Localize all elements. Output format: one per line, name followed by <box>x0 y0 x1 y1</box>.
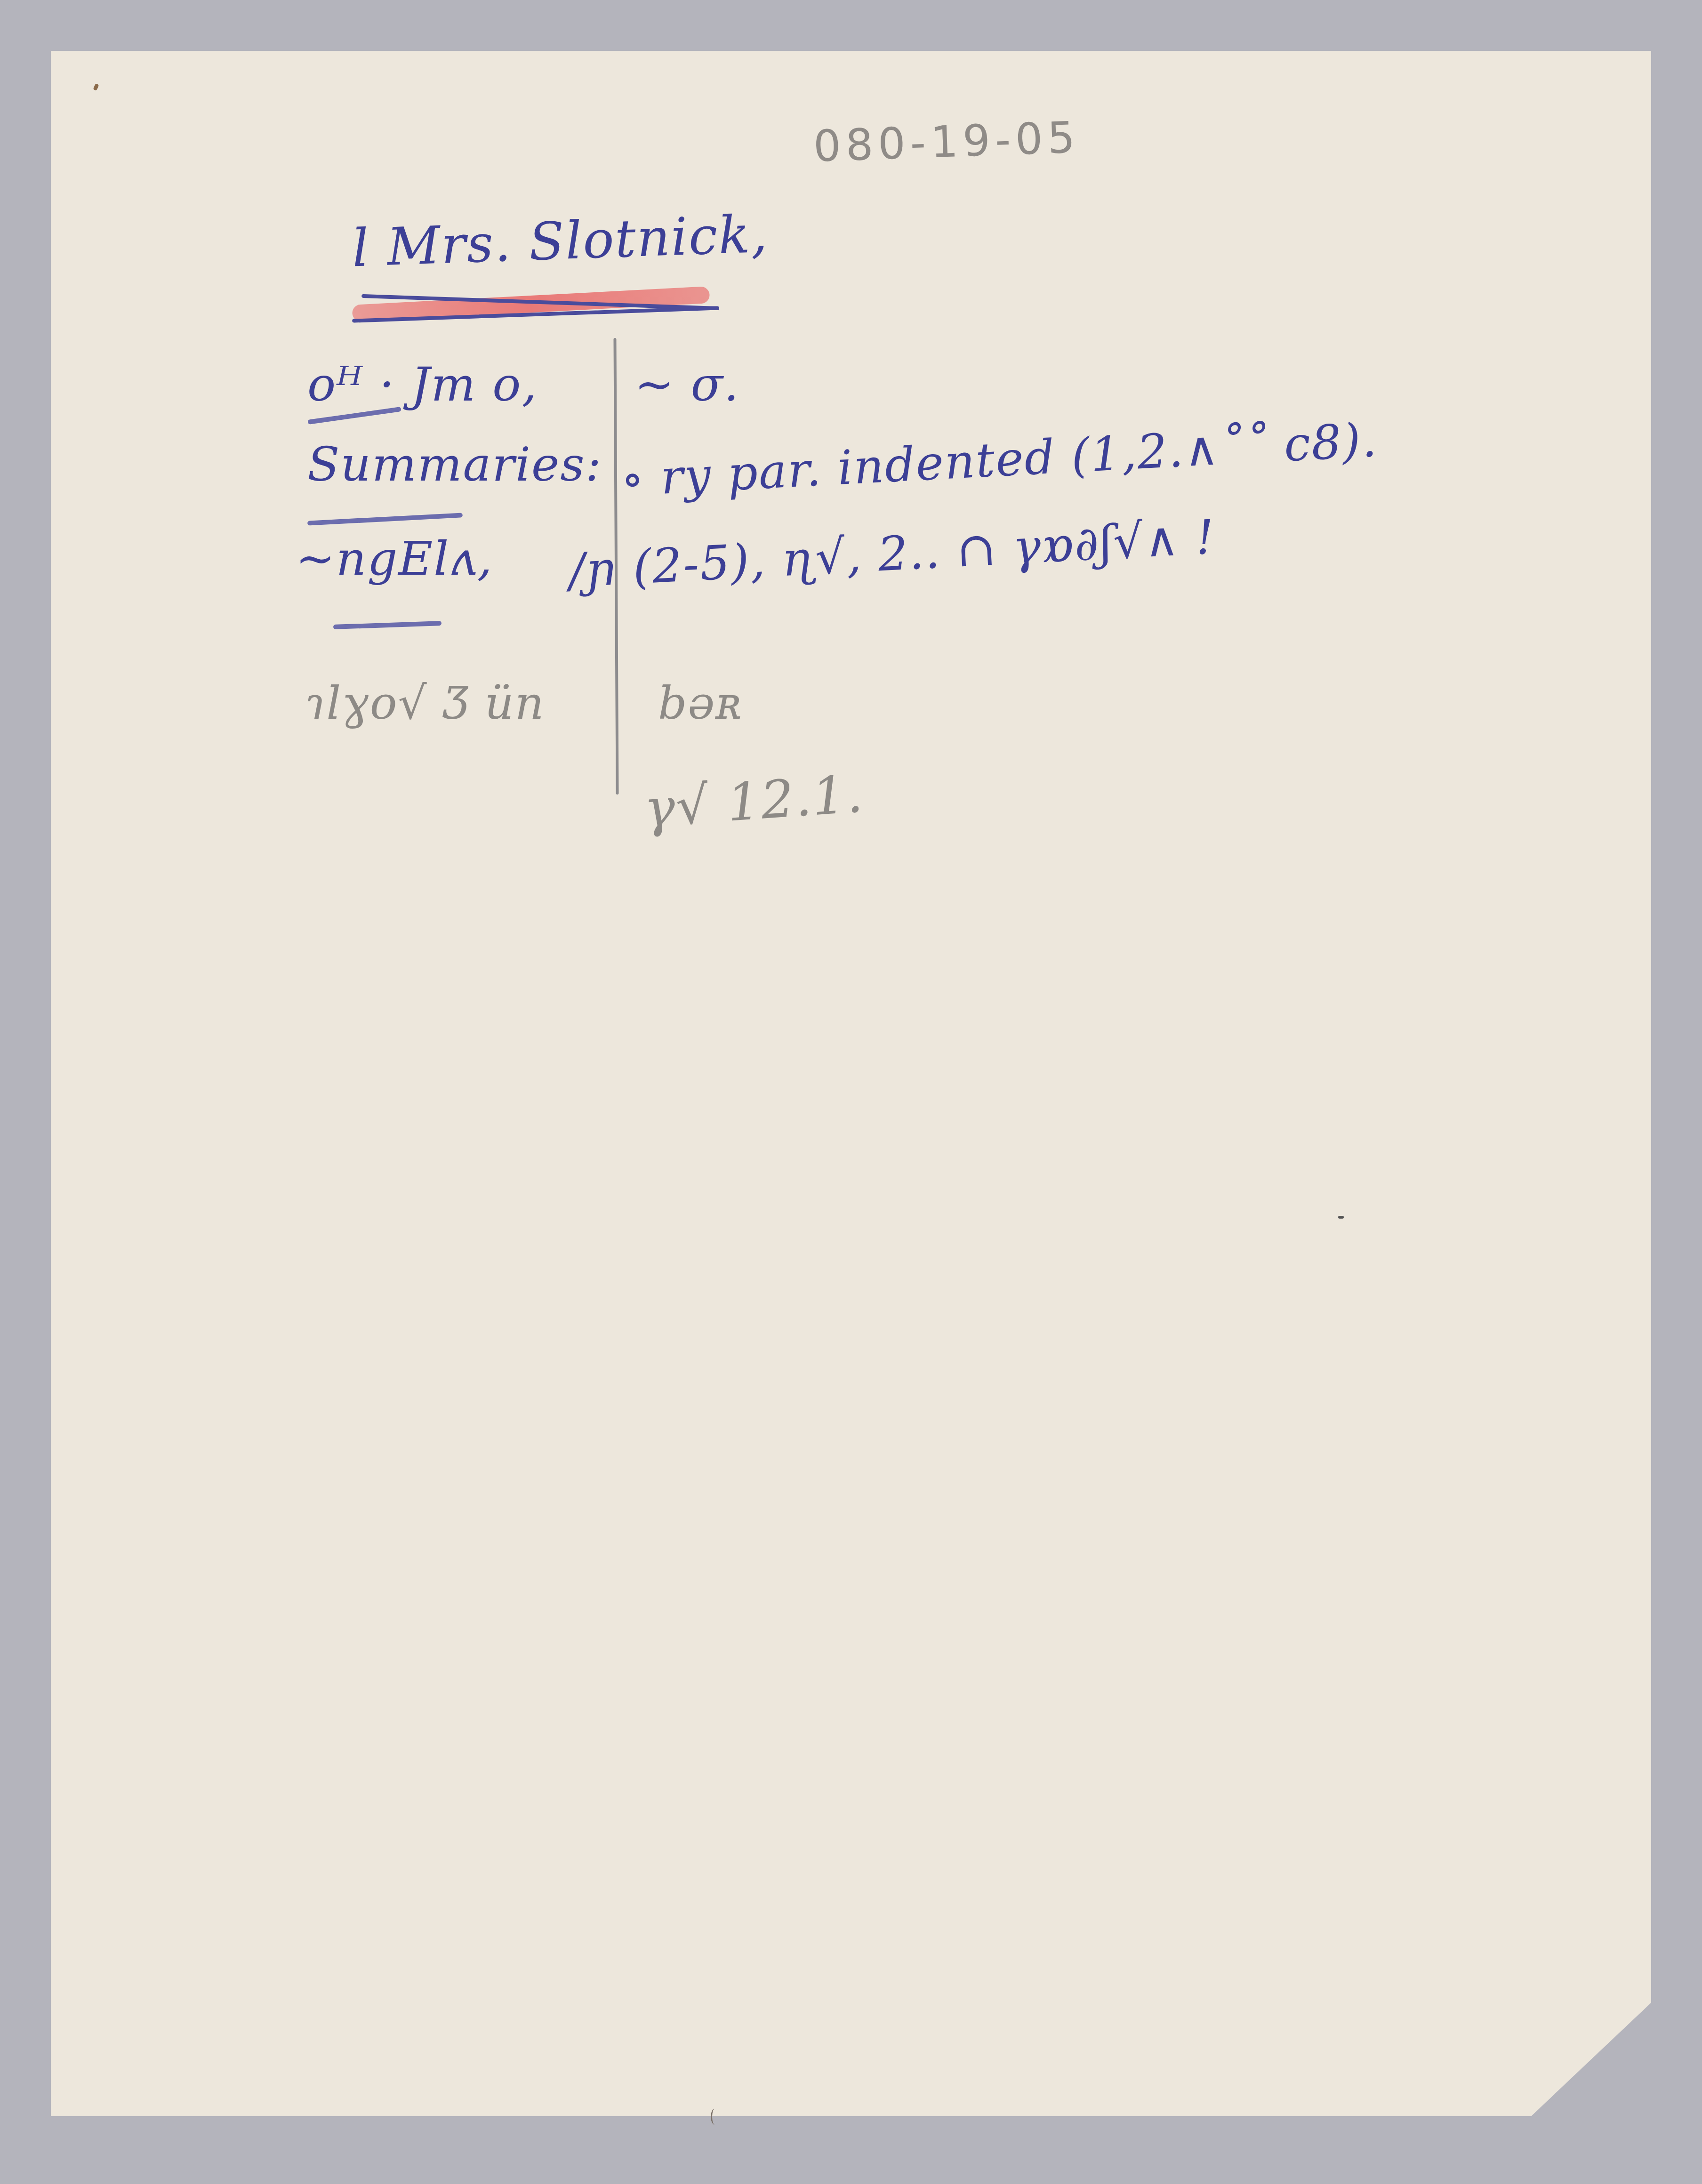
row-2-note: ∘ ry par. indented (1,2.∧˚˚ c8). <box>619 412 1379 507</box>
paper-sheet: 080-19-05 l Mrs. Slotnick, oᴴ · Jm o, ~ … <box>51 51 1651 2116</box>
row-2-label: Summaries: <box>307 437 602 492</box>
row-1-note: ~ σ. <box>634 357 740 412</box>
note-heading: l Mrs. Slotnick, <box>351 204 769 279</box>
paper-speck <box>1338 1216 1344 1219</box>
paper-speck <box>93 83 99 91</box>
archive-id: 080-19-05 <box>812 112 1081 172</box>
row-2-underline <box>307 513 463 525</box>
pencil-note-left: ɿlɣo√ Ʒ ün <box>305 677 545 730</box>
paper-tear-mark <box>711 2109 719 2125</box>
row-1-label: oᴴ · Jm o, <box>307 357 538 412</box>
row-3-note: /ɲ (2-5), ɳ√, 2.. ∩ γɒ∂ʃ√∧ ! <box>568 509 1217 598</box>
row-3-label: ~ngElʌ, <box>296 531 493 586</box>
date-note: γ√ 12.1. <box>642 763 865 839</box>
row-3-underline <box>333 621 442 629</box>
pencil-note-right: bəʀ <box>658 677 743 730</box>
